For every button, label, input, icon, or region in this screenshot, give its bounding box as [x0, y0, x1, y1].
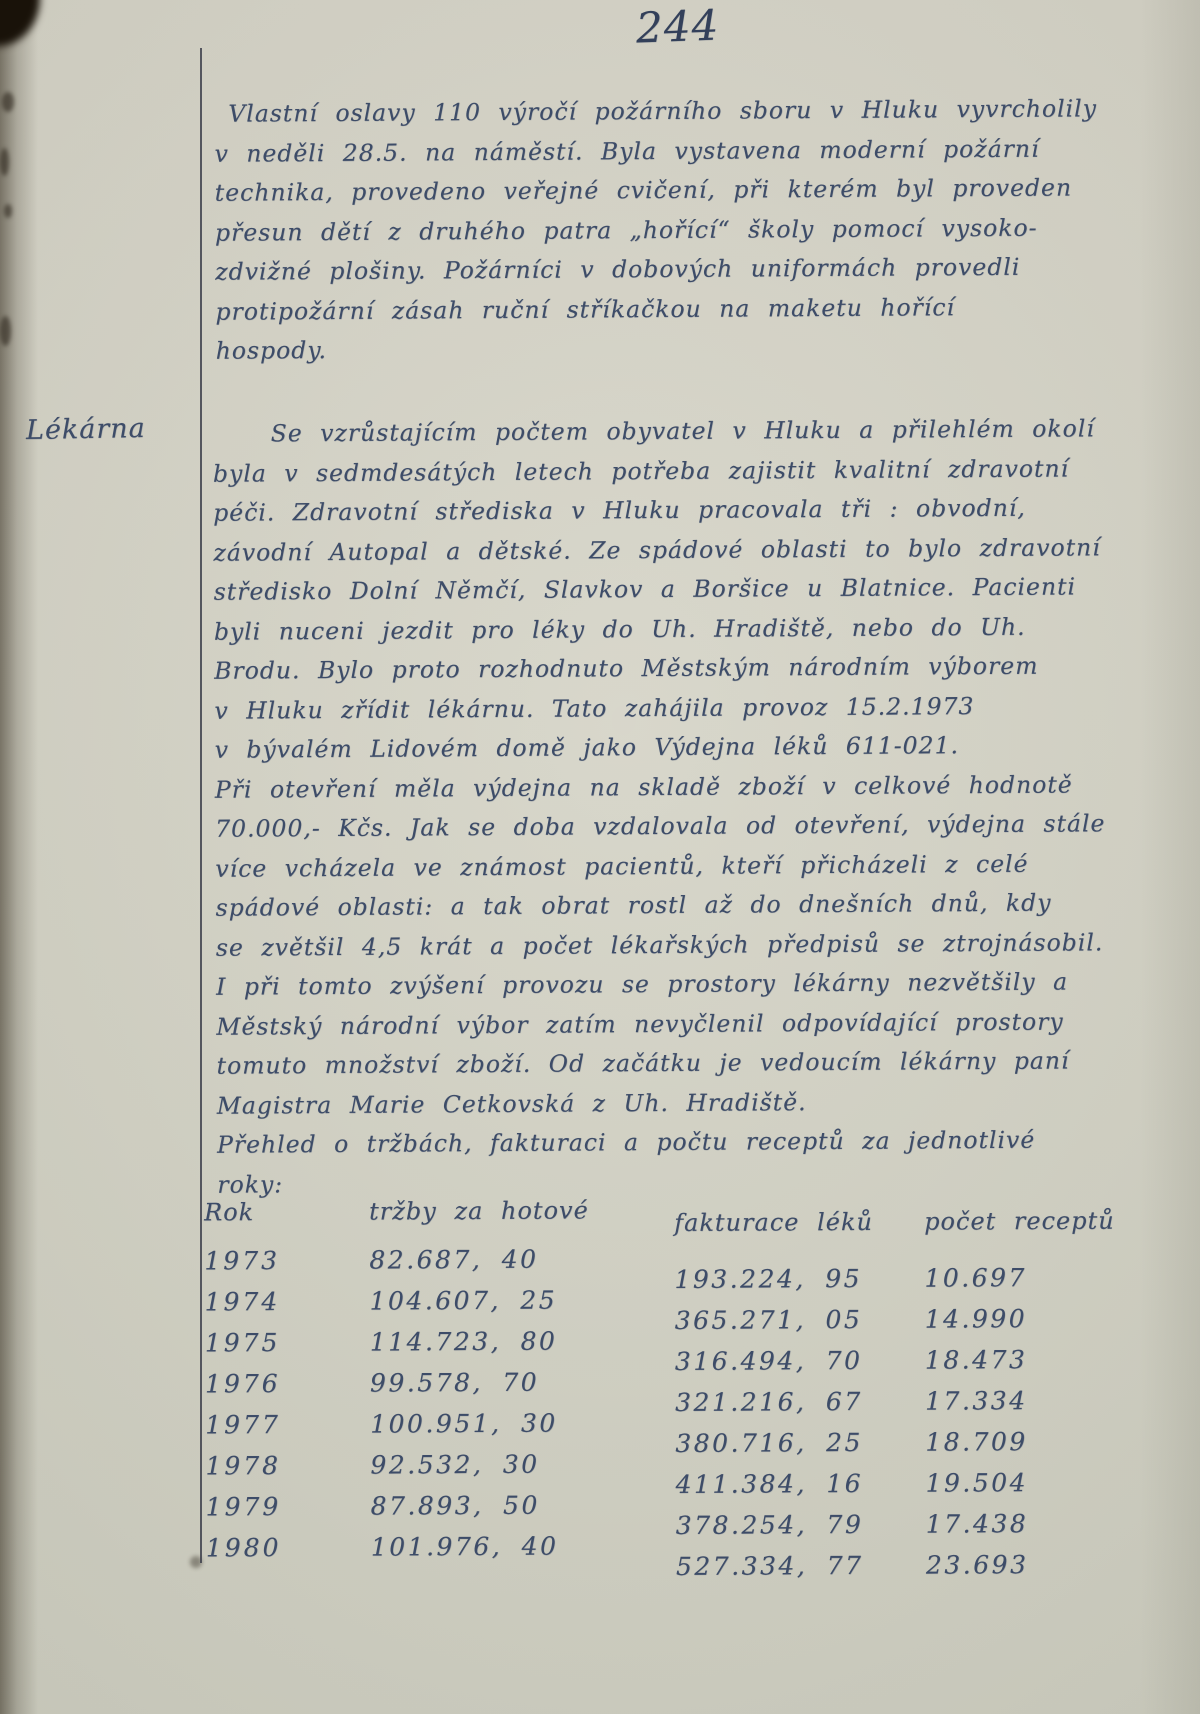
cell-prescription-count: 19.504 [925, 1468, 1125, 1510]
cell-prescription-count: 18.473 [925, 1345, 1125, 1387]
cell-cash-sales: 100.951, 30 [370, 1408, 675, 1451]
cell-prescription-count: 23.693 [926, 1550, 1126, 1592]
handwritten-line: I při tomto zvýšení provozu se prostory … [216, 962, 1106, 1007]
cell-cash-sales: 99.578, 70 [370, 1367, 675, 1410]
handwritten-line: Městský národní výbor zatím nevyčlenil o… [216, 1002, 1106, 1047]
cell-prescription-count: 17.438 [926, 1509, 1126, 1551]
cell-prescription-count: 14.990 [925, 1304, 1125, 1346]
col-header-drug-invoicing: fakturace léků [674, 1208, 924, 1257]
margin-label-lekarna: Lékárna [26, 413, 146, 446]
handwritten-line: protipožární zásah ruční stříkačkou na m… [215, 287, 1105, 332]
cell-year: 1980 [206, 1533, 371, 1575]
cell-cash-sales: 114.723, 80 [370, 1326, 675, 1369]
handwritten-line: závodní Autopal a dětské. Ze spádové obl… [213, 528, 1103, 573]
table-body: 1973 82.687, 40 193.224, 95 10.697 1974 … [204, 1242, 1126, 1575]
handwritten-line: více vcházela ve známost pacientů, kteří… [215, 844, 1105, 889]
cell-drug-invoicing: 378.254, 79 [676, 1510, 926, 1552]
paper-stain [2, 92, 14, 112]
cell-drug-invoicing: 316.494, 70 [675, 1346, 925, 1388]
page-number: 244 [635, 1, 720, 53]
cell-drug-invoicing: 411.384, 16 [675, 1469, 925, 1511]
paper-stain [0, 316, 11, 346]
cell-year: 1978 [205, 1451, 370, 1493]
handwritten-line: v Hluku zřídit lékárnu. Tato zahájila pr… [214, 686, 1104, 731]
handwritten-line: byla v sedmdesátých letech potřeba zajis… [213, 449, 1103, 494]
page-edge-shadow [0, 0, 38, 1714]
handwritten-line: 70.000,- Kčs. Jak se doba vzdalovala od … [215, 804, 1105, 849]
paper-stain [4, 204, 12, 218]
cell-year: 1973 [204, 1246, 369, 1288]
handwritten-line: středisko Dolní Němčí, Slavkov a Boršice… [214, 567, 1104, 612]
paper-stain [0, 148, 9, 176]
cell-year: 1979 [206, 1492, 371, 1534]
cell-cash-sales: 101.976, 40 [371, 1531, 676, 1574]
cell-cash-sales: 92.532, 30 [370, 1449, 675, 1492]
handwritten-line: Vlastní oslavy 110 výročí požárního sbor… [214, 89, 1104, 134]
handwritten-line: zdvižné plošiny. Požárníci v dobových un… [215, 247, 1105, 292]
cell-year: 1975 [205, 1328, 370, 1370]
handwritten-line: tomuto množství zboží. Od začátku je ved… [216, 1041, 1106, 1086]
handwritten-line: technika, provedeno veřejné cvičení, při… [215, 168, 1105, 213]
handwritten-line: Přehled o tržbách, fakturaci a počtu rec… [217, 1120, 1107, 1165]
cell-year: 1974 [204, 1287, 369, 1329]
paragraph-pharmacy: Se vzrůstajícím počtem obyvatel v Hluku … [213, 409, 1108, 1204]
handwritten-line: v bývalém Lidovém domě jako Výdejna léků… [215, 725, 1105, 770]
cell-prescription-count: 10.697 [924, 1263, 1124, 1305]
col-header-year: Rok [204, 1198, 369, 1247]
handwritten-line: přesun dětí z druhého patra „hořící“ ško… [215, 208, 1105, 253]
handwritten-line: hospody. [216, 326, 1106, 371]
cell-cash-sales: 82.687, 40 [369, 1244, 674, 1287]
handwritten-line: Se vzrůstajícím počtem obyvatel v Hluku … [213, 409, 1103, 454]
cell-drug-invoicing: 365.271, 05 [675, 1305, 925, 1347]
handwritten-line: v neděli 28.5. na náměstí. Byla vystaven… [214, 129, 1104, 174]
cell-prescription-count: 18.709 [925, 1427, 1125, 1469]
handwritten-line: byli nuceni jezdit pro léky do Uh. Hradi… [214, 607, 1104, 652]
paragraph-fire-brigade-celebration: Vlastní oslavy 110 výročí požárního sbor… [214, 89, 1106, 371]
cell-drug-invoicing: 193.224, 95 [674, 1264, 924, 1306]
handwritten-line: Magistra Marie Cetkovská z Uh. Hradiště. [217, 1081, 1107, 1126]
cell-year: 1977 [205, 1410, 370, 1452]
col-header-cash-sales: tržby za hotové [369, 1196, 674, 1246]
pharmacy-revenue-table: Rok tržby za hotové fakturace léků počet… [204, 1194, 1126, 1575]
handwritten-line: péči. Zdravotní střediska v Hluku pracov… [213, 488, 1103, 533]
cell-prescription-count: 17.334 [925, 1386, 1125, 1428]
handwritten-line: spádové oblasti: a tak obrat rostl až do… [215, 883, 1105, 928]
cell-cash-sales: 104.607, 25 [369, 1285, 674, 1328]
margin-rule-line [200, 48, 202, 1563]
cell-cash-sales: 87.893, 50 [371, 1490, 676, 1533]
handwritten-line: Při otevření měla výdejna na skladě zbož… [215, 765, 1105, 810]
table-header-row: Rok tržby za hotové fakturace léků počet… [204, 1194, 1124, 1247]
cell-drug-invoicing: 321.216, 67 [675, 1387, 925, 1429]
handwritten-line: Brodu. Bylo proto rozhodnuto Městským ná… [214, 646, 1104, 691]
col-header-prescription-count: počet receptů [924, 1207, 1124, 1256]
cell-drug-invoicing: 380.716, 25 [675, 1428, 925, 1470]
cell-drug-invoicing: 527.334, 77 [676, 1551, 926, 1593]
cell-year: 1976 [205, 1369, 370, 1411]
handwritten-line: se zvětšil 4,5 krát a počet lékařských p… [216, 923, 1106, 968]
